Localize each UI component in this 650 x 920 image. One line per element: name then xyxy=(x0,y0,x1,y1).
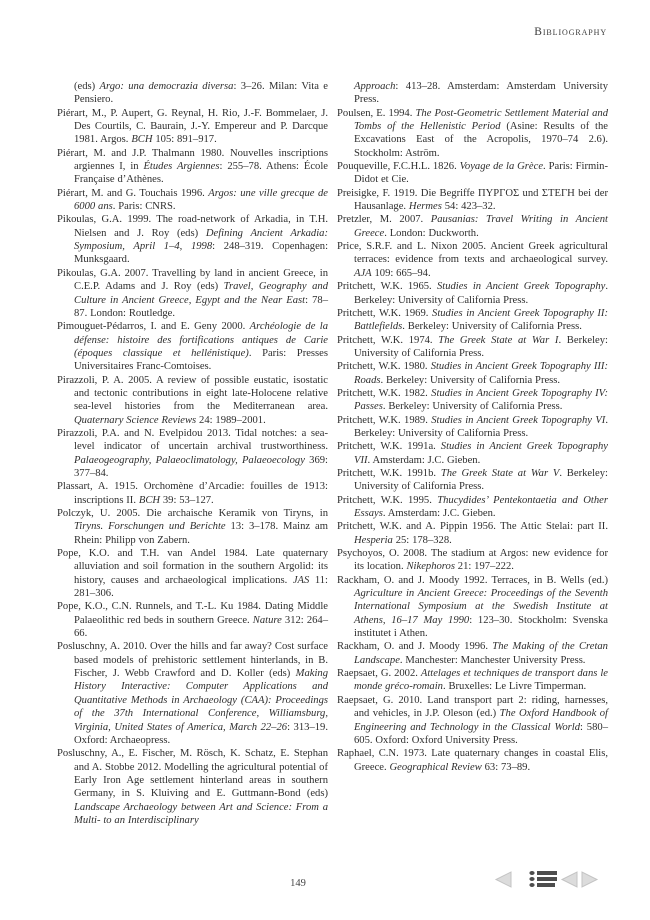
bib-entry-text-run: Pretzler, M. 2007. xyxy=(337,214,431,225)
bib-entry-text-run: . Berkeley: University of California Pre… xyxy=(383,401,563,412)
bib-entry: Piérart, M. and G. Touchais 1996. Argos:… xyxy=(57,187,328,214)
bib-entry-title-run: Argo: una democrazia diversa xyxy=(100,81,234,92)
bib-entry-text-run: 63: 73–89. xyxy=(482,762,530,773)
bib-entry: Price, S.R.F. and L. Nixon 2005. Ancient… xyxy=(337,240,608,280)
bib-entry: Poulsen, E. 1994. The Post-Geometric Set… xyxy=(337,107,608,160)
bib-entry: Pritchett, W.K. 1969. Studies in Ancient… xyxy=(337,307,608,334)
bib-entry: Pope, K.O. and T.H. van Andel 1984. Late… xyxy=(57,547,328,600)
bib-entry-text-run: Pritchett, W.K. 1974. xyxy=(337,335,438,346)
bib-entry-title-run: Geographical Review xyxy=(389,762,481,773)
right-column: Approach: 413–28. Amsterdam: Amsterdam U… xyxy=(337,80,608,774)
bibliography-page: Bibliography (eds) Argo: una democrazia … xyxy=(0,0,650,920)
bib-entry-text-run: 54: 423–32. xyxy=(442,201,496,212)
bib-entry: Pikoulas, G.A. 2007. Travelling by land … xyxy=(57,267,328,320)
bib-entry-title-run: Hesperia xyxy=(354,535,393,546)
bib-entry: Plassart, A. 1915. Orchomène d’Arcadie: … xyxy=(57,480,328,507)
bib-entry-title-run: Quaternary Science Reviews xyxy=(74,415,196,426)
bib-entry-text-run: Pirazzoli, P. A. 2005. A review of possi… xyxy=(57,375,328,413)
bib-entry-text-run: Pritchett, W.K. 1969. xyxy=(337,308,432,319)
bib-entry: Pritchett, W.K. 1991b. The Greek State a… xyxy=(337,467,608,494)
bib-entry: Pritchett, W.K. and A. Pippin 1956. The … xyxy=(337,520,608,547)
bib-entry: Raepsaet, G. 2002. Attelages et techniqu… xyxy=(337,667,608,694)
bib-entry: Posluschny, A. 2010. Over the hills and … xyxy=(57,640,328,747)
bib-entry-text-run: . Bruxelles: Le Livre Timperman. xyxy=(443,681,586,692)
bib-entry: Pritchett, W.K. 1995. Thucydides’ Pentek… xyxy=(337,494,608,521)
table-of-contents-icon[interactable] xyxy=(527,869,559,889)
bib-entry-text-run: Pirazzoli, P.A. and N. Evelpidou 2013. T… xyxy=(57,428,328,452)
back-arrow-icon[interactable] xyxy=(494,870,513,889)
bib-entry: Pritchett, W.K. 1980. Studies in Ancient… xyxy=(337,360,608,387)
bib-entry: Pope, K.O., C.N. Runnels, and T.-L. Ku 1… xyxy=(57,600,328,640)
bib-entry-text-run: . Paris: CNRS. xyxy=(113,201,176,212)
bib-entry-text-run: Price, S.R.F. and L. Nixon 2005. Ancient… xyxy=(337,241,608,265)
bib-entry-title-run: AJA xyxy=(354,268,372,279)
bib-entry-title-run: Voyage de la Grèce xyxy=(460,161,543,172)
page-number: 149 xyxy=(267,878,329,889)
bib-entry-text-run: Pritchett, W.K. 1965. xyxy=(337,281,437,292)
bib-entry-title-run: Studies in Ancient Greek Topography VI xyxy=(431,415,605,426)
bib-entry-text-run: 25: 178–328. xyxy=(393,535,452,546)
bib-entry: Piérart, M. and J.P. Thalmann 1980. Nouv… xyxy=(57,147,328,187)
bib-entry: Pritchett, W.K. 1991a. Studies in Ancien… xyxy=(337,440,608,467)
running-head: Bibliography xyxy=(534,26,607,38)
bib-entry-title-run: Palaeogeography, Palaeoclimatology, Pala… xyxy=(74,455,305,466)
next-page-icon[interactable] xyxy=(580,870,599,889)
bib-entry-title-run: Nature xyxy=(253,615,282,626)
bib-entry-title-run: Landscape Archaeology between Art and Sc… xyxy=(74,802,328,826)
bib-entry: Posluschny, A., E. Fischer, M. Rösch, K.… xyxy=(57,747,328,827)
bib-entry-text-run: . Amsterdam: J.C. Gieben. xyxy=(383,508,496,519)
bib-entry-text-run: Rackham, O. and J. Moody 1992. Terraces,… xyxy=(337,575,608,586)
bib-entry-text-run: Polczyk, U. 2005. Die archaische Keramik… xyxy=(57,508,328,519)
bib-entry-text-run: . Berkeley: University of California Pre… xyxy=(402,321,582,332)
bib-entry-text-run: Pouqueville, F.C.H.L. 1826. xyxy=(337,161,460,172)
bib-entry-title-run: Études Argiennes xyxy=(143,161,219,172)
left-column: (eds) Argo: una democrazia diversa: 3–26… xyxy=(57,80,328,827)
bib-entry: Psychoyos, O. 2008. The stadium at Argos… xyxy=(337,547,608,574)
bib-entry: Raphael, C.N. 1973. Late quaternary chan… xyxy=(337,747,608,774)
bib-entry: Pirazzoli, P. A. 2005. A review of possi… xyxy=(57,374,328,427)
previous-page-icon[interactable] xyxy=(560,870,579,889)
bib-entry-title-run: BCH xyxy=(139,495,160,506)
bib-entry-text-run: Piérart, M. and G. Touchais 1996. xyxy=(57,188,208,199)
bib-entry: Raepsaet, G. 2010. Land transport part 2… xyxy=(337,694,608,747)
bib-entry-text-run: Raepsaet, G. 2002. xyxy=(337,668,421,679)
bib-entry-text-run: Pritchett, W.K. 1995. xyxy=(337,495,437,506)
bib-entry-text-run: Posluschny, A., E. Fischer, M. Rösch, K.… xyxy=(57,748,328,799)
bib-entry-text-run: . London: Duckworth. xyxy=(384,228,479,239)
bib-entry: Polczyk, U. 2005. Die archaische Keramik… xyxy=(57,507,328,547)
bib-entry: Rackham, O. and J. Moody 1992. Terraces,… xyxy=(337,574,608,641)
bib-entry-text-run: . Berkeley: University of California Pre… xyxy=(380,375,560,386)
bib-entry-text-run: 39: 53–127. xyxy=(160,495,214,506)
bib-entry-title-run: JAS xyxy=(293,575,309,586)
bib-entry-title-run: The Greek State at War V xyxy=(441,468,560,479)
text-columns: (eds) Argo: una democrazia diversa: 3–26… xyxy=(57,80,608,827)
bib-entry: Pouqueville, F.C.H.L. 1826. Voyage de la… xyxy=(337,160,608,187)
bib-entry: Pritchett, W.K. 1965. Studies in Ancient… xyxy=(337,280,608,307)
bib-entry-title-run: Tiryns. Forschungen und Berichte xyxy=(74,521,226,532)
bib-entry-text-run: 21: 197–222. xyxy=(455,561,514,572)
bib-entry-text-run: Pritchett, W.K. 1982. xyxy=(337,388,431,399)
bib-entry: Pritchett, W.K. 1982. Studies in Ancient… xyxy=(337,387,608,414)
bib-entry: (eds) Argo: una democrazia diversa: 3–26… xyxy=(57,80,328,107)
bib-entry-text-run: Pritchett, W.K. 1980. xyxy=(337,361,431,372)
bib-entry-title-run: Studies in Ancient Greek Topography xyxy=(437,281,605,292)
bib-entry-text-run: Pritchett, W.K. 1989. xyxy=(337,415,431,426)
bib-entry-text-run: Posluschny, A. 2010. Over the hills and … xyxy=(57,641,328,679)
bib-entry-text-run: Rackham, O. and J. Moody 1996. xyxy=(337,641,492,652)
bib-entry-text-run: Pritchett, W.K. and A. Pippin 1956. The … xyxy=(337,521,608,532)
bib-entry-text-run: Pritchett, W.K. 1991a. xyxy=(337,441,441,452)
bib-entry-text-run: Pope, K.O. and T.H. van Andel 1984. Late… xyxy=(57,548,328,586)
reader-nav-controls xyxy=(494,869,599,889)
bib-entry-text-run: . Manchester: Manchester University Pres… xyxy=(400,655,586,666)
bib-entry-title-run: Hermes xyxy=(409,201,442,212)
bib-entry-text-run: (eds) xyxy=(74,81,100,92)
bib-entry: Pimouguet-Pédarros, I. and E. Geny 2000.… xyxy=(57,320,328,373)
bib-entry-text-run: 24: 1989–2001. xyxy=(196,415,266,426)
bib-entry-text-run: 109: 665–94. xyxy=(372,268,431,279)
bib-entry: Pikoulas, G.A. 1999. The road-network of… xyxy=(57,213,328,266)
bib-entry-title-run: BCH xyxy=(131,134,152,145)
bib-entry: Pritchett, W.K. 1974. The Greek State at… xyxy=(337,334,608,361)
bib-entry-text-run: Pimouguet-Pédarros, I. and E. Geny 2000. xyxy=(57,321,250,332)
bib-entry-title-run: Approach xyxy=(354,81,395,92)
bib-entry: Rackham, O. and J. Moody 1996. The Makin… xyxy=(337,640,608,667)
bib-entry: Pirazzoli, P.A. and N. Evelpidou 2013. T… xyxy=(57,427,328,480)
bib-entry: Piérart, M., P. Aupert, G. Reynal, H. Ri… xyxy=(57,107,328,147)
bib-entry-text-run: Poulsen, E. 1994. xyxy=(337,108,416,119)
bib-entry-text-run: . Amsterdam: J.C. Gieben. xyxy=(368,455,481,466)
bib-entry: Pretzler, M. 2007. Pausanias: Travel Wri… xyxy=(337,213,608,240)
bib-entry: Approach: 413–28. Amsterdam: Amsterdam U… xyxy=(337,80,608,107)
bib-entry-title-run: Nikephoros xyxy=(406,561,454,572)
bib-entry: Preisigke, F. 1919. Die Begriffe ΠΥΡΓΟΣ … xyxy=(337,187,608,214)
bib-entry-text-run: Pritchett, W.K. 1991b. xyxy=(337,468,441,479)
bib-entry-text-run: 105: 891–917. xyxy=(153,134,217,145)
bib-entry: Pritchett, W.K. 1989. Studies in Ancient… xyxy=(337,414,608,441)
bib-entry-title-run: The Greek State at War I xyxy=(438,335,558,346)
